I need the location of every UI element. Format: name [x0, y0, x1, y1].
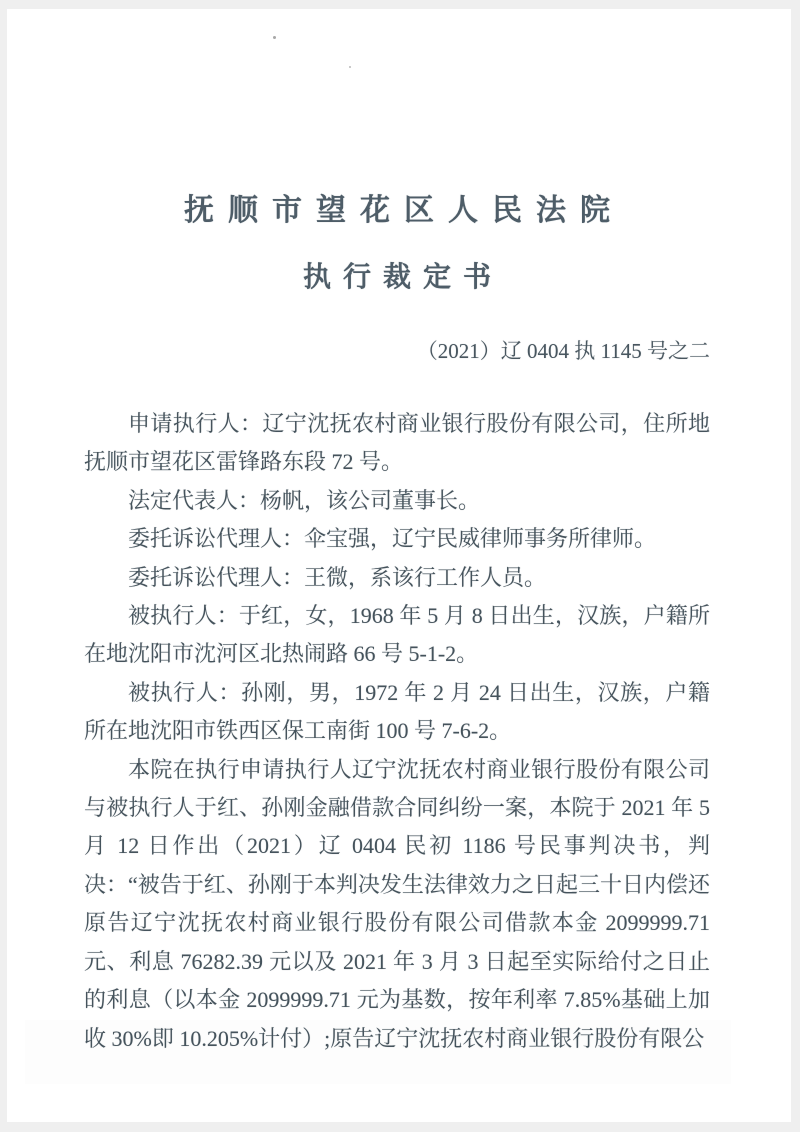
document-page: 抚顺市望花区人民法院 执行裁定书 （2021）辽 0404 执 1145 号之二… [7, 9, 791, 1122]
paragraph-litigation-agent-2: 委托诉讼代理人：王微，系该行工作人员。 [84, 559, 710, 597]
paragraph-case-summary: 本院在执行申请执行人辽宁沈抚农村商业银行股份有限公司与被执行人于红、孙刚金融借款… [84, 751, 710, 1058]
paragraph-legal-representative: 法定代表人：杨帆，该公司董事长。 [84, 482, 710, 520]
paragraph-litigation-agent-1: 委托诉讼代理人：伞宝强，辽宁民威律师事务所律师。 [84, 520, 710, 558]
document-content: 抚顺市望花区人民法院 执行裁定书 （2021）辽 0404 执 1145 号之二… [7, 9, 791, 1058]
document-body: 申请执行人：辽宁沈抚农村商业银行股份有限公司，住所地抚顺市望花区雷锋路东段 72… [84, 405, 710, 1058]
paragraph-applicant: 申请执行人：辽宁沈抚农村商业银行股份有限公司，住所地抚顺市望花区雷锋路东段 72… [84, 405, 710, 482]
paragraph-respondent-2: 被执行人：孙刚，男，1972 年 2 月 24 日出生，汉族，户籍所在地沈阳市铁… [84, 674, 710, 751]
court-name-title: 抚顺市望花区人民法院 [84, 9, 710, 229]
case-number: （2021）辽 0404 执 1145 号之二 [84, 335, 710, 365]
scan-background: 抚顺市望花区人民法院 执行裁定书 （2021）辽 0404 执 1145 号之二… [0, 0, 800, 1132]
document-type-title: 执行裁定书 [84, 255, 710, 295]
paragraph-respondent-1: 被执行人：于红，女，1968 年 5 月 8 日出生，汉族，户籍所在地沈阳市沈河… [84, 597, 710, 674]
